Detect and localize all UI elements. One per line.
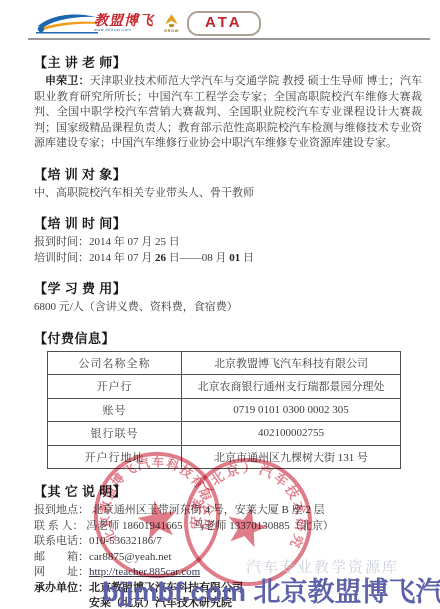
lecturer-name: 申荣卫： <box>45 75 90 87</box>
fee-text: 6800 元/人（含讲义费、资料费，食宿费） <box>34 300 422 316</box>
header-divider <box>28 38 430 40</box>
row-label: 银行联号 <box>48 422 182 446</box>
table-row: 开户行 北京农商银行通州支行瑞都景园分理处 <box>48 375 401 399</box>
training-time-part: 培训时间：2014 年 07 月 <box>34 252 155 264</box>
row-label: 账号 <box>48 398 182 422</box>
table-row: 银行联号 402100002755 <box>48 422 401 446</box>
line-label: 联 系 人： <box>34 520 86 532</box>
line-label: 网 址： <box>34 566 89 578</box>
report-time-line: 报到时间：2014 年 07 月 25 日 <box>34 235 422 251</box>
brand-url: www.885car.com <box>94 27 154 32</box>
line-label: 报到地点： <box>34 504 92 516</box>
lecturer-bio: 申荣卫：天津职业技术师范大学汽车与交通学院 教授 硕士生导师 博士；汽车职业教育… <box>34 74 422 152</box>
star-icon <box>223 503 271 550</box>
training-end-day: 01 <box>229 252 240 264</box>
line-label: 联系电话： <box>34 535 89 547</box>
section-title-schedule: 【培 训 时 间】 <box>34 213 422 232</box>
row-value: 0719 0101 0300 0002 305 <box>182 398 401 422</box>
brand-name: 教盟博飞 <box>94 14 154 27</box>
header: 教盟博飞 www.885car.com GROW ATA <box>0 0 440 36</box>
grow-emblem: GROW <box>164 14 179 33</box>
training-time-line: 培训时间：2014 年 07 月 26 日——08 月 01 日 <box>34 251 422 267</box>
line-label: 承办单位： <box>34 582 89 594</box>
row-value: 北京农商银行通州支行瑞都景园分理处 <box>182 375 401 399</box>
line-label: 邮 箱： <box>34 551 89 563</box>
section-title-payment: 【付费信息】 <box>34 328 422 347</box>
training-time-part: 日——08 月 <box>166 252 229 264</box>
audience-text: 中、高职院校汽车相关专业带头人、骨干教师 <box>34 186 422 202</box>
table-row: 账号 0719 0101 0300 0002 305 <box>48 398 401 422</box>
lecturer-bio-text: 天津职业技术师范大学汽车与交通学院 教授 硕士生导师 博士；汽车职业教育研究所所… <box>34 75 422 149</box>
site-watermark: bjjmbf.com 北京教盟博飞汽车科技 <box>102 570 440 609</box>
training-start-day: 26 <box>155 252 166 264</box>
ata-label: ATA <box>205 14 243 31</box>
row-label: 公司名称全称 <box>48 351 182 375</box>
section-title-lecturer: 【主 讲 老 师】 <box>34 52 422 71</box>
ata-logo: ATA <box>187 11 261 36</box>
section-title-fee: 【学 习 费 用】 <box>34 278 422 297</box>
car-swoosh-icon <box>34 10 100 36</box>
brand-text-group: 教盟博飞 www.885car.com <box>94 14 154 32</box>
training-time-part: 日 <box>240 252 254 264</box>
grow-label: GROW <box>164 28 179 33</box>
jmbf-logo: 教盟博飞 www.885car.com <box>34 10 154 36</box>
document-page: 教盟博飞 www.885car.com GROW ATA 【主 讲 老 师】 申… <box>0 0 440 609</box>
row-label: 开户行 <box>48 375 182 399</box>
section-title-audience: 【培 训 对 象】 <box>34 164 422 183</box>
grow-trophy-icon <box>164 14 179 28</box>
row-value: 北京教盟博飞汽车科技有限公司 <box>182 351 401 375</box>
table-row: 公司名称全称 北京教盟博飞汽车科技有限公司 <box>48 351 401 375</box>
